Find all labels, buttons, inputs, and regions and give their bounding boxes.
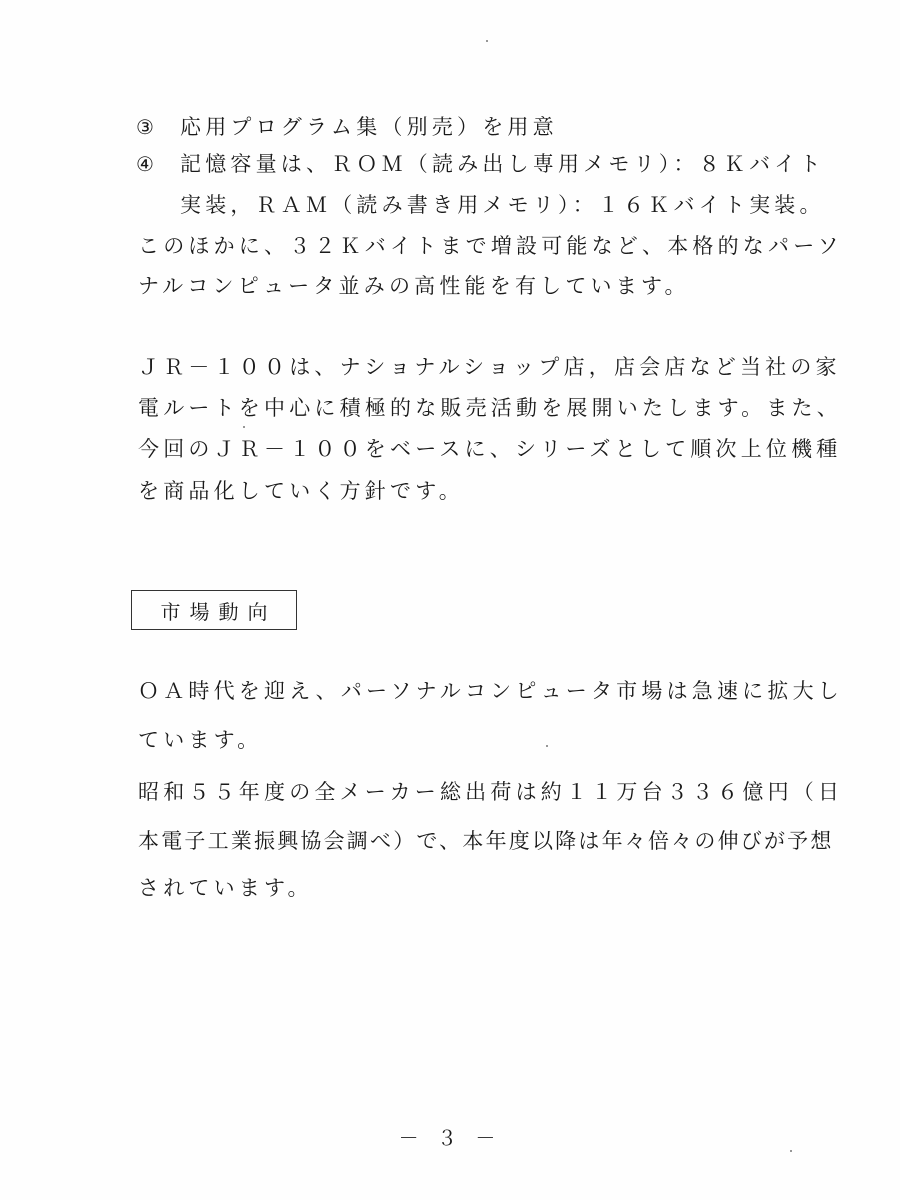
document-page: ③ 応用プログラム集（別売）を用意 ④ 記憶容量は、ＲＯＭ（読み出し専用メモリ）… [0, 0, 900, 1200]
paragraph-market-line-2: ています。 [138, 725, 262, 755]
scan-speck [790, 1150, 792, 1152]
paragraph-sales-line-4: を商品化していく方針です。 [138, 476, 464, 506]
paragraph-sales-line-1: ＪＲ－１００は、ナショナルショップ店，店会店など当社の家 [138, 352, 841, 382]
paragraph-market-line-1: ＯＡ時代を迎え、パーソナルコンピュータ市場は急速に拡大し [138, 676, 843, 706]
paragraph-shipments-line-2: 本電子工業振興協会調べ）で、本年度以降は年々倍々の伸びが予想 [138, 826, 834, 856]
list-item-3-text: 応用プログラム集（別売）を用意 [180, 112, 558, 142]
paragraph-sales-line-2: 電ルートを中心に積極的な販売活動を展開いたします。また、 [138, 393, 842, 423]
paragraph-shipments-line-1: 昭和５５年度の全メーカー総出荷は約１１万台３３６億円（日 [138, 777, 843, 807]
list-item-4-line-2: 実装，ＲＡＭ（読み書き用メモリ）：１６Ｋバイト実装。 [180, 190, 825, 220]
paragraph-capacity-line-2: ナルコンピュータ並みの高性能を有しています。 [138, 271, 690, 301]
list-item-4-line-1: 記憶容量は、ＲＯＭ（読み出し専用メモリ）：８Ｋバイト [180, 149, 825, 179]
list-marker-3: ③ [136, 112, 154, 142]
list-marker-4: ④ [136, 149, 154, 179]
section-heading: 市場動向 [152, 596, 277, 625]
scan-speck [486, 40, 488, 42]
section-heading-box: 市場動向 [131, 590, 297, 630]
paragraph-sales-line-3: 今回のＪＲ－１００をベースに、シリーズとして順次上位機種 [138, 434, 842, 464]
page-number: － ３ － [0, 1122, 900, 1151]
scan-speck [243, 426, 245, 428]
paragraph-shipments-line-3: されています。 [138, 873, 313, 903]
scan-speck [546, 745, 548, 747]
paragraph-capacity-line-1: このほかに、３２Ｋバイトまで増設可能など、本格的なパーソ [138, 231, 843, 261]
